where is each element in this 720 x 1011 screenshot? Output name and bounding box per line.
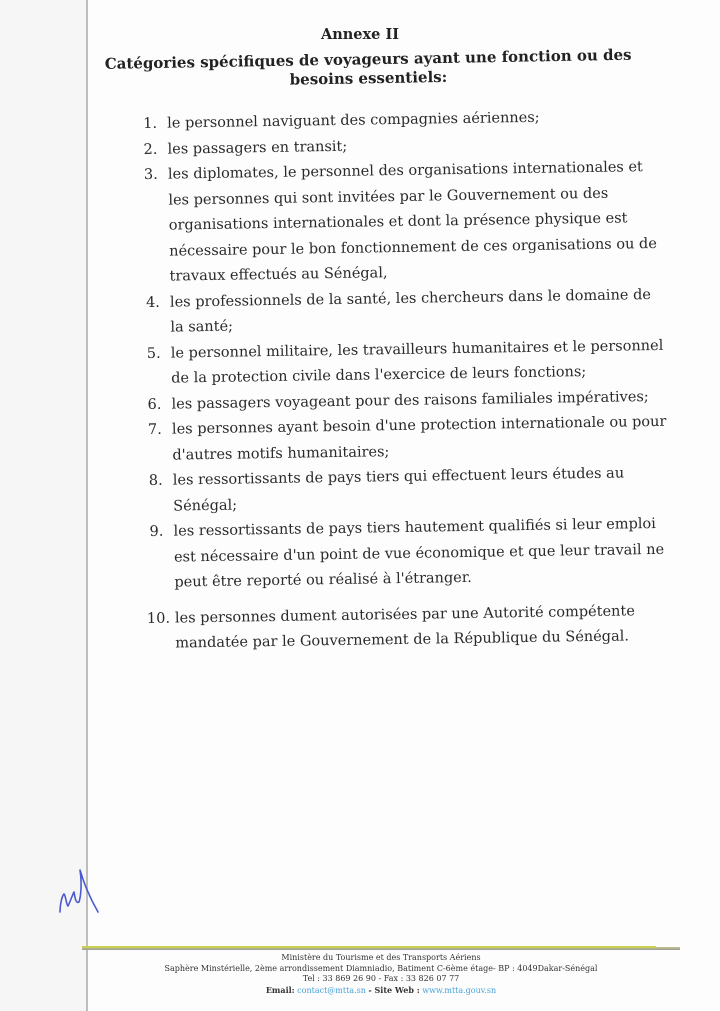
list-item: 4.les professionnels de la santé, les ch…	[146, 282, 667, 341]
list-item: 9.les ressortissants de pays tiers haute…	[149, 512, 670, 597]
footer-address: Saphère Minstérielle, 2ème arrondissemen…	[82, 964, 680, 975]
item-number: 2.	[143, 137, 157, 163]
footer-contact: Email: contact@mtta.sn - Site Web : www.…	[82, 985, 680, 997]
annex-title: Annexe II	[0, 26, 720, 43]
email-link[interactable]: contact@mtta.sn	[297, 986, 366, 995]
footer-phone: Tel : 33 869 26 90 - Fax : 33 826 07 77	[82, 974, 680, 985]
item-text: les personnes ayant besoin d'une protect…	[172, 414, 667, 463]
item-text: les passagers en transit;	[167, 138, 347, 157]
item-number: 10.	[147, 606, 170, 632]
signature-initials-icon	[52, 862, 102, 922]
item-text: les ressortissants de pays tiers qui eff…	[173, 465, 625, 514]
item-text: les personnes dument autorisées par une …	[175, 603, 635, 652]
email-label: Email:	[266, 985, 295, 995]
categories-list: 1.le personnel naviguant des compagnies …	[143, 104, 672, 658]
item-number: 5.	[147, 341, 161, 367]
item-text: les diplomates, le personnel des organis…	[168, 159, 657, 284]
item-number: 4.	[146, 290, 160, 316]
list-item: 3.les diplomates, le personnel des organ…	[144, 155, 666, 291]
item-number: 1.	[143, 112, 157, 138]
item-text: le personnel naviguant des compagnies aé…	[167, 110, 540, 132]
item-text: le personnel militaire, les travailleurs…	[171, 337, 664, 386]
document-heading: Catégories spécifiques de voyageurs ayan…	[98, 46, 639, 93]
item-text: les ressortissants de pays tiers hauteme…	[173, 516, 664, 591]
item-number: 6.	[147, 392, 161, 418]
list-item: 7.les personnes ayant besoin d'une prote…	[148, 410, 669, 469]
item-number: 7.	[148, 418, 162, 444]
list-item: 5.le personnel militaire, les travailleu…	[147, 333, 668, 392]
list-item: 10.les personnes dument autorisées par u…	[151, 598, 672, 657]
list-item: 8.les ressortissants de pays tiers qui e…	[149, 461, 670, 520]
item-number: 3.	[144, 163, 158, 189]
item-number: 9.	[149, 520, 163, 546]
item-text: les passagers voyageant pour des raisons…	[171, 389, 648, 412]
footer: Ministère du Tourisme et des Transports …	[82, 953, 680, 996]
footer-rule-accent	[82, 946, 656, 948]
website-link[interactable]: www.mtta.gouv.sn	[422, 986, 496, 995]
item-text: les professionnels de la santé, les cher…	[170, 287, 651, 336]
margin-line	[86, 0, 88, 1011]
page-margin	[0, 0, 86, 1011]
website-label: - Site Web :	[368, 985, 419, 995]
footer-ministry: Ministère du Tourisme et des Transports …	[82, 953, 680, 964]
item-number: 8.	[149, 469, 163, 495]
